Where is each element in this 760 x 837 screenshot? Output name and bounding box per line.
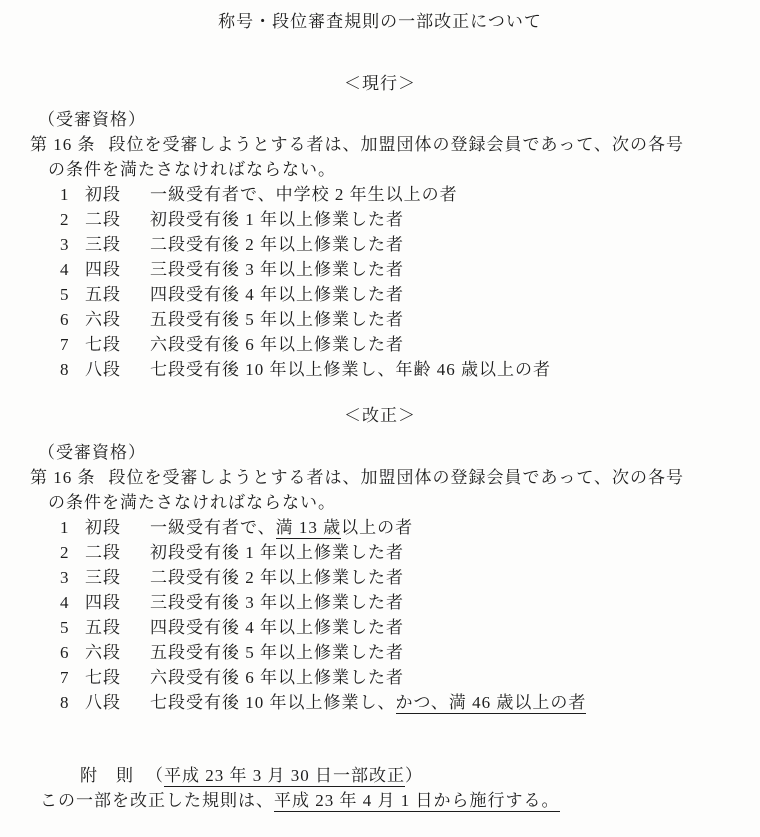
rank-item: 7 七段 六段受有後 6 年以上修業した者: [0, 332, 760, 357]
condition-text: 四段受有後 4 年以上修業した者: [150, 285, 404, 304]
rank-item: 1 初段 一級受有者で、満 13 歳以上の者: [0, 515, 760, 540]
condition-text: 三段受有後 3 年以上修業した者: [150, 593, 404, 612]
qualification-label: （受審資格）: [38, 440, 760, 465]
article-line1: 第 16 条段位を受審しようとする者は、加盟団体の登録会員であって、次の各号: [30, 465, 760, 490]
rank-name: 四段: [85, 590, 150, 615]
rank-name: 初段: [85, 182, 150, 207]
rank-condition: 一級受有者で、満 13 歳以上の者: [150, 515, 413, 540]
rank-item: 2 二段 初段受有後 1 年以上修業した者: [0, 207, 760, 232]
rank-condition: 七段受有後 10 年以上修業し、かつ、満 46 歳以上の者: [150, 690, 586, 715]
rank-condition: 三段受有後 3 年以上修業した者: [150, 590, 404, 615]
article-number: 第 16 条: [30, 135, 96, 154]
rank-condition: 四段受有後 4 年以上修業した者: [150, 282, 404, 307]
condition-text: 四段受有後 4 年以上修業した者: [150, 618, 404, 637]
item-number: 1: [60, 182, 85, 207]
enforcement-underlined: 平成 23 年 4 月 1 日から施行する。: [274, 791, 560, 812]
rank-item: 1 初段 一級受有者で、中学校 2 年生以上の者: [0, 182, 760, 207]
rank-item: 5 五段 四段受有後 4 年以上修業した者: [0, 615, 760, 640]
qualification-label: （受審資格）: [38, 107, 760, 132]
rank-name: 五段: [85, 615, 150, 640]
document-page: 称号・段位審査規則の一部改正について ＜現行＞ （受審資格） 第 16 条段位を…: [0, 0, 760, 837]
appendix: 附 則（平成 23 年 3 月 30 日一部改正） この一部を改正した規則は、平…: [0, 763, 760, 813]
condition-text: 二段受有後 2 年以上修業した者: [150, 568, 404, 587]
rank-item: 7 七段 六段受有後 6 年以上修業した者: [0, 665, 760, 690]
appendix-label: 附 則: [80, 766, 134, 785]
rank-name: 五段: [85, 282, 150, 307]
rank-name: 八段: [85, 357, 150, 382]
rank-name: 六段: [85, 307, 150, 332]
rank-item: 4 四段 三段受有後 3 年以上修業した者: [0, 590, 760, 615]
condition-text: 七段受有後 10 年以上修業し、: [150, 693, 396, 712]
article-line2: の条件を満たさなければならない。: [48, 490, 760, 515]
rank-condition: 二段受有後 2 年以上修業した者: [150, 565, 404, 590]
condition-text: 五段受有後 5 年以上修業した者: [150, 643, 404, 662]
rank-condition: 四段受有後 4 年以上修業した者: [150, 615, 404, 640]
section-revised-heading: ＜改正＞: [0, 403, 760, 428]
enforcement-text: この一部を改正した規則は、: [40, 791, 274, 810]
rank-item: 6 六段 五段受有後 5 年以上修業した者: [0, 640, 760, 665]
condition-text: 五段受有後 5 年以上修業した者: [150, 310, 404, 329]
rank-name: 七段: [85, 665, 150, 690]
article-line2: の条件を満たさなければならない。: [48, 157, 760, 182]
rank-name: 六段: [85, 640, 150, 665]
rank-item: 6 六段 五段受有後 5 年以上修業した者: [0, 307, 760, 332]
rank-item: 8 八段 七段受有後 10 年以上修業し、年齢 46 歳以上の者: [0, 357, 760, 382]
condition-text: 三段受有後 3 年以上修業した者: [150, 260, 404, 279]
rank-condition: 一級受有者で、中学校 2 年生以上の者: [150, 182, 458, 207]
condition-text: 一級受有者で、: [150, 518, 276, 537]
rank-condition: 二段受有後 2 年以上修業した者: [150, 232, 404, 257]
rank-condition: 初段受有後 1 年以上修業した者: [150, 540, 404, 565]
enforcement-line: この一部を改正した規則は、平成 23 年 4 月 1 日から施行する。: [40, 788, 760, 813]
rank-name: 七段: [85, 332, 150, 357]
condition-text: 二段受有後 2 年以上修業した者: [150, 235, 404, 254]
condition-underlined: 満 13 歳: [276, 518, 342, 539]
condition-text: 初段受有後 1 年以上修業した者: [150, 543, 404, 562]
article-line1: 第 16 条段位を受審しようとする者は、加盟団体の登録会員であって、次の各号: [30, 132, 760, 157]
rank-item: 3 三段 二段受有後 2 年以上修業した者: [0, 565, 760, 590]
item-number: 8: [60, 357, 85, 382]
rank-condition: 七段受有後 10 年以上修業し、年齢 46 歳以上の者: [150, 357, 551, 382]
item-number: 6: [60, 307, 85, 332]
item-number: 8: [60, 690, 85, 715]
condition-text: 六段受有後 6 年以上修業した者: [150, 335, 404, 354]
rank-condition: 六段受有後 6 年以上修業した者: [150, 332, 404, 357]
item-number: 5: [60, 615, 85, 640]
section-current: ＜現行＞ （受審資格） 第 16 条段位を受審しようとする者は、加盟団体の登録会…: [0, 71, 760, 382]
rank-name: 初段: [85, 515, 150, 540]
rank-name: 八段: [85, 690, 150, 715]
rank-condition: 三段受有後 3 年以上修業した者: [150, 257, 404, 282]
open-paren: （: [146, 766, 164, 785]
appendix-rule-line: 附 則（平成 23 年 3 月 30 日一部改正）: [80, 763, 760, 788]
section-revised: ＜改正＞ （受審資格） 第 16 条段位を受審しようとする者は、加盟団体の登録会…: [0, 403, 760, 715]
rank-item: 8 八段 七段受有後 10 年以上修業し、かつ、満 46 歳以上の者: [0, 690, 760, 715]
condition-text: 六段受有後 6 年以上修業した者: [150, 668, 404, 687]
rank-condition: 初段受有後 1 年以上修業した者: [150, 207, 404, 232]
condition-text: 一級受有者で、中学校 2 年生以上の者: [150, 185, 458, 204]
item-number: 4: [60, 590, 85, 615]
article-body-line1: 段位を受審しようとする者は、加盟団体の登録会員であって、次の各号: [109, 468, 685, 487]
rank-name: 三段: [85, 565, 150, 590]
amendment-date: 平成 23 年 3 月 30 日一部改正: [164, 766, 405, 787]
item-number: 4: [60, 257, 85, 282]
section-current-heading: ＜現行＞: [0, 71, 760, 96]
item-number: 3: [60, 565, 85, 590]
rank-item: 4 四段 三段受有後 3 年以上修業した者: [0, 257, 760, 282]
item-number: 5: [60, 282, 85, 307]
item-number: 2: [60, 207, 85, 232]
item-number: 3: [60, 232, 85, 257]
article-body-line1: 段位を受審しようとする者は、加盟団体の登録会員であって、次の各号: [109, 135, 685, 154]
item-number: 6: [60, 640, 85, 665]
rank-name: 四段: [85, 257, 150, 282]
condition-text: 七段受有後 10 年以上修業し、年齢 46 歳以上の者: [150, 360, 551, 379]
rank-condition: 五段受有後 5 年以上修業した者: [150, 640, 404, 665]
rank-condition: 六段受有後 6 年以上修業した者: [150, 665, 404, 690]
rank-condition: 五段受有後 5 年以上修業した者: [150, 307, 404, 332]
rank-item: 3 三段 二段受有後 2 年以上修業した者: [0, 232, 760, 257]
rank-name: 二段: [85, 540, 150, 565]
rank-item: 2 二段 初段受有後 1 年以上修業した者: [0, 540, 760, 565]
item-number: 1: [60, 515, 85, 540]
item-number: 7: [60, 332, 85, 357]
item-number: 7: [60, 665, 85, 690]
rank-name: 二段: [85, 207, 150, 232]
article-number: 第 16 条: [30, 468, 96, 487]
close-paren: ）: [405, 766, 423, 785]
rank-item: 5 五段 四段受有後 4 年以上修業した者: [0, 282, 760, 307]
rank-name: 三段: [85, 232, 150, 257]
condition-text: 初段受有後 1 年以上修業した者: [150, 210, 404, 229]
condition-suffix: 以上の者: [341, 518, 413, 537]
document-title: 称号・段位審査規則の一部改正について: [0, 0, 760, 34]
condition-underlined: かつ、満 46 歳以上の者: [396, 693, 587, 714]
item-number: 2: [60, 540, 85, 565]
